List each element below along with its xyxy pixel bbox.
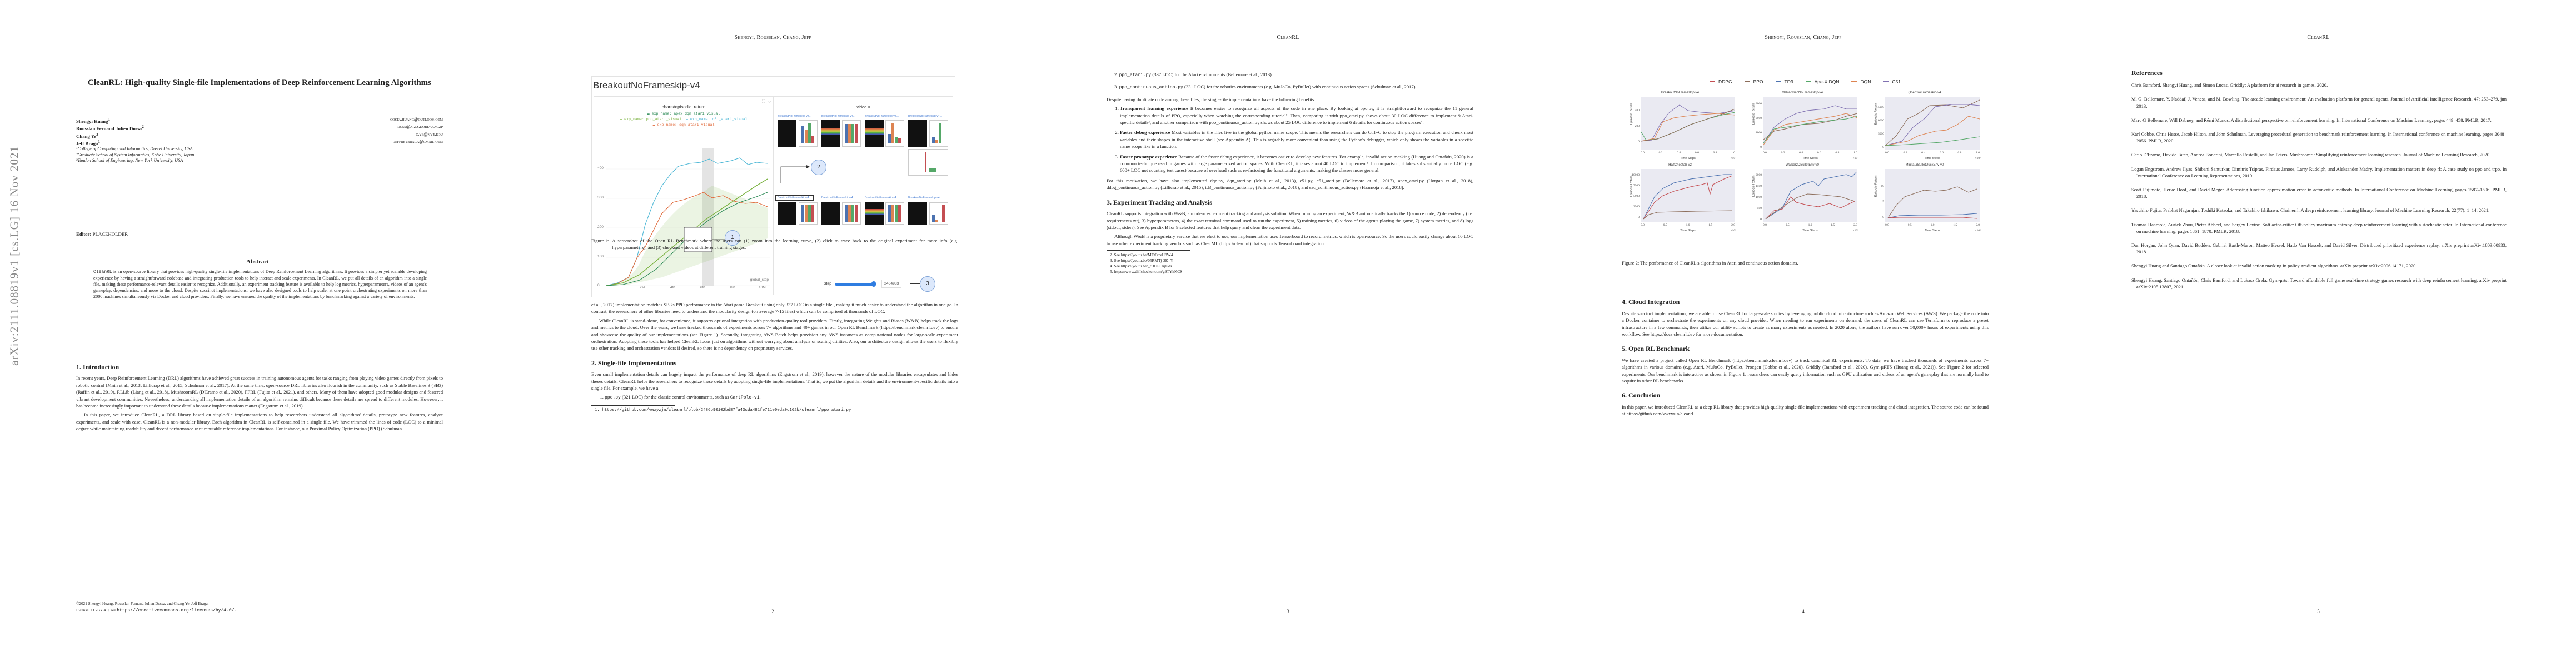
list-item: 2. ppo_atari.py (337 LOC) for the Atari … [1107,71,1473,79]
callout-3: 3 [920,276,935,292]
page-2: Shengyi, Rousslan, Chang, Jeff BreakoutN… [515,0,1030,667]
callout-3-line [910,283,920,284]
video-panel: video.0 BreakoutNoFrameskip-v4... Breako… [774,96,953,295]
legend-item: DDPG [1710,79,1732,84]
author-email[interactable]: doss@ai.cs.kobe-u.ac.jp [397,124,443,131]
paragraph: We have created a project called Open RL… [1622,357,1989,385]
reference-entry: Shengyi Huang, Santiago Ontañón, Chris B… [2131,277,2507,290]
video-link[interactable]: BreakoutNoFrameskip-v4... [778,115,811,118]
action-bar-chart [799,120,818,147]
subplot-halfcheetah: HalfCheetah-v2 Episodic Return 025005000… [1622,163,1738,236]
return-distribution-chart [908,149,948,176]
affiliation: ³Tandon School of Engineering, New York … [76,158,443,163]
reference-entry: Karl Cobbe, Chris Hesse, Jacob Hilton, a… [2131,131,2507,144]
action-bar-chart [799,202,818,225]
paragraph: In this paper, we introduce CleanRL, a D… [76,411,443,432]
benefit-item: Faster prototype experience Because of t… [1120,153,1473,174]
introduction-section: 1. Introduction In recent years, Deep Re… [76,356,443,435]
legend-item: DQN [1851,79,1871,84]
paragraph: In this paper, we introduced CleanRL as … [1622,404,1989,417]
video-thumbnail[interactable] [821,120,840,147]
video-thumbnail[interactable] [908,120,927,147]
reference-entry: Chris Bamford, Shengyi Huang, and Simon … [2131,82,2507,88]
video-link[interactable]: BreakoutNoFrameskip-v4... [908,196,942,200]
running-head: Shengyi, Rousslan, Chang, Jeff [515,34,1030,41]
page-4: Shengyi, Rousslan, Chang, Jeff DDPG PPO … [1546,0,2061,667]
subplot-minitaur: MinitaurBulletDuckEnv-v0 Episodic Return… [1866,163,1983,236]
video-link[interactable]: BreakoutNoFrameskip-v4... [865,115,899,118]
reference-entry: Dan Horgan, John Quan, David Budden, Gab… [2131,242,2507,255]
paragraph: While CleanRL is stand-alone, for conven… [591,317,958,352]
affiliation: ²Graduate School of System Informatics, … [76,152,443,158]
legend-item: ▬ exp_name: dqn_atari_visual [594,123,773,127]
fullscreen-icon[interactable]: ⛶ [762,99,765,104]
abstract-body: CleanRL is an open-source library that p… [93,268,427,300]
benefit-item: Faster debug experience Most variables i… [1120,129,1473,150]
legend-item: C51 [1883,79,1901,84]
running-head: CleanRL [2061,34,2576,41]
page-2-body: et al., 2017) implementation matches SB3… [591,301,958,413]
x-axis-label: global_step [750,278,769,282]
page-number: 3 [1030,609,1546,614]
reference-entry: M. G. Bellemare, Y. Naddaf, J. Veness, a… [2131,96,2507,109]
subplot-breakout: BreakoutNoFrameskip-v4 Episodic Return 0… [1622,91,1738,163]
footnote[interactable]: 3. See https://youtu.be/05RMTj-2K_Y [1107,258,1473,263]
video-thumbnail[interactable] [865,202,884,225]
reference-entry: Logan Engstrom, Andrew Ilyas, Shibani Sa… [2131,166,2507,179]
running-head: Shengyi, Rousslan, Chang, Jeff [1546,34,2061,41]
legend-item: TD3 [1776,79,1793,84]
running-head: CleanRL [1030,34,1546,41]
footnote-rule [1107,250,1190,251]
action-bar-chart [885,202,904,225]
video-thumbnail[interactable] [778,202,796,225]
step-label: Step [824,282,831,286]
list-item: 3. ppo_continuous_action.py (331 LOC) fo… [1107,83,1473,91]
benefit-item: Transparent learning experience It becom… [1120,105,1473,126]
page-1: arXiv:2111.08819v1 [cs.LG] 16 Nov 2021 C… [0,0,515,667]
affiliation: ¹College of Computing and Informatics, D… [76,146,443,152]
figure-title: BreakoutNoFrameskip-v4 [593,80,700,91]
author-row: Rousslan Fernand Julien Dossa2doss@ai.cs… [76,124,443,131]
reference-entry: Yasuhiro Fujita, Prabhat Nagarajan, Tosh… [2131,207,2507,213]
benefits-list: Transparent learning experience It becom… [1107,105,1473,174]
paragraph: et al., 2017) implementation matches SB3… [591,301,958,315]
action-bar-chart [885,120,904,147]
video-link-highlighted[interactable]: BreakoutNoFrameskip-v4... [775,195,814,201]
step-value-input[interactable]: 2464933 [881,280,901,288]
subplot-walker2d: Walker2DBulletEnv-v0 Episodic Return 050… [1744,163,1861,236]
page-5: CleanRL References Chris Bamford, Shengy… [2061,0,2576,667]
section-heading: 2. Single-file Implementations [591,360,958,366]
reference-entry: Scott Fujimoto, Herke Hoof, and David Me… [2131,186,2507,200]
action-bar-chart [842,202,861,225]
section-heading: 6. Conclusion [1622,392,1989,399]
paper-title: CleanRL: High-quality Single-file Implem… [76,78,443,88]
chart-title: charts/episodic_return [594,104,773,109]
footnote[interactable]: 4. See https://youtu.be/_rDUEOsjUds [1107,263,1473,269]
video-thumbnail[interactable] [865,120,884,147]
slider-handle[interactable] [871,281,876,287]
implementation-list: ppo.py (321 LOC) for the classic control… [591,394,958,401]
figure-1-benchmark-screenshot: BreakoutNoFrameskip-v4 ⛶ ○ charts/episod… [591,76,955,297]
footnote[interactable]: 1. https://github.com/vwxyzjn/cleanrl/bl… [591,407,958,413]
video-link[interactable]: BreakoutNoFrameskip-v4... [865,196,899,200]
copyright-notice: ©2021 Shengyi Huang, Rousslan Fernand Ju… [76,600,237,614]
step-slider[interactable] [835,283,874,286]
legend-item: ▬ exp_name: apex_dqn_atari_visual [594,112,773,116]
section-heading: 1. Introduction [76,364,443,370]
abstract-heading: Abstract [0,258,515,265]
reference-entry: Carlo D'Eramo, Davide Tateo, Andrea Bona… [2131,151,2507,158]
page-4-body: Figure 2: The performance of CleanRL's a… [1622,260,1989,420]
license-link[interactable]: https://creativecommons.org/licenses/by/… [117,608,237,613]
reference-entry: Tuomas Haarnoja, Aurick Zhou, Pieter Abb… [2131,221,2507,235]
paragraph: Even small implementation details can hu… [591,371,958,391]
video-thumbnail[interactable] [908,202,927,225]
page-number: 4 [1546,609,2061,614]
video-link[interactable]: BreakoutNoFrameskip-v4... [821,115,855,118]
footnote[interactable]: 5. https://www.diffchecker.com/g9TYkKCS [1107,269,1473,275]
paragraph: Despite succinct implementations, we are… [1622,310,1989,338]
paragraph: Despite having duplicate code among thes… [1107,96,1473,103]
author-row: Jeff Braga1jeffreybraga@gmail.com [76,139,443,146]
paragraph: In recent years, Deep Reinforcement Lear… [76,375,443,409]
legend-item: Ape-X DQN [1806,79,1840,84]
section-heading: 3. Experiment Tracking and Analysis [1107,199,1473,206]
step-slider-panel: Step 2464933 [819,276,911,293]
author-email[interactable]: costa.huang@outlook.com [390,117,443,124]
section-heading: 5. Open RL Benchmark [1622,345,1989,352]
footnote[interactable]: 2. See https://youtu.be/MEt6rrxH8W4 [1107,252,1473,258]
video-thumbnail[interactable] [778,120,796,147]
page-3: CleanRL 2. ppo_atari.py (337 LOC) for th… [1030,0,1546,667]
references-section: References Chris Bamford, Shengyi Huang,… [2131,69,2507,297]
video-link[interactable]: BreakoutNoFrameskip-v4... [908,115,942,118]
action-bar-chart [929,120,948,147]
paragraph: Although W&B is a proprietary service th… [1107,233,1473,247]
paragraph: For this motivation, we have also implem… [1107,177,1473,191]
page-3-body: 2. ppo_atari.py (337 LOC) for the Atari … [1107,71,1473,275]
author-row: Shengyi Huang1costa.huang@outlook.com [76,117,443,124]
action-bar-chart [842,120,861,147]
video-link[interactable]: BreakoutNoFrameskip-v4... [821,196,855,200]
figure-2-legend: DDPG PPO TD3 Ape-X DQN DQN C51 [1622,79,1989,84]
episodic-return-chart[interactable]: ⛶ ○ charts/episodic_return ▬ exp_name: a… [594,96,774,295]
editor-line: Editor: PLACEHOLDER [76,231,128,237]
figure-2-caption: Figure 2: The performance of CleanRL's a… [1622,260,1989,266]
action-bar-chart [929,202,948,225]
figure-1-caption: Figure 1:A screenshot of the Open RL Ben… [591,237,958,251]
footnote-rule [591,405,675,406]
page-number: 2 [515,609,1030,614]
search-icon[interactable]: ○ [768,99,771,104]
legend-row: ▬ exp_name: ppo_atari_visual ▬ exp_name:… [594,117,773,121]
subplot-mspacman: MsPacmanNoFrameskip-v4 Episodic Return 0… [1744,91,1861,163]
legend-item: PPO [1745,79,1763,84]
list-item: ppo.py (321 LOC) for the classic control… [605,394,958,401]
reference-entry: Shengyi Huang and Santiago Ontañón. A cl… [2131,262,2507,269]
video-thumbnail[interactable] [821,202,840,225]
callout-2: 2 [811,160,826,175]
section-heading: 4. Cloud Integration [1622,298,1989,305]
author-email[interactable]: jeffreybraga@gmail.com [394,139,443,146]
video-title: video.0 [774,104,953,109]
paragraph: CleanRL supports integration with W&B, a… [1107,210,1473,231]
arxiv-stamp: arXiv:2111.08819v1 [cs.LG] 16 Nov 2021 [3,78,26,434]
page-number: 5 [2061,609,2576,614]
author-email[interactable]: c.ye@nyu.edu [416,132,443,139]
author-row: Chang Ye3c.ye@nyu.edu [76,132,443,139]
reference-entry: Marc G Bellemare, Will Dabney, and Rémi … [2131,117,2507,123]
section-heading: References [2131,69,2507,76]
subplot-qbert: QbertNoFrameskip-v4 Episodic Return 0500… [1866,91,1983,163]
learning-curves[interactable] [606,141,770,287]
callout-2-arrow [774,150,841,195]
author-block: Shengyi Huang1costa.huang@outlook.com Ro… [76,117,443,164]
